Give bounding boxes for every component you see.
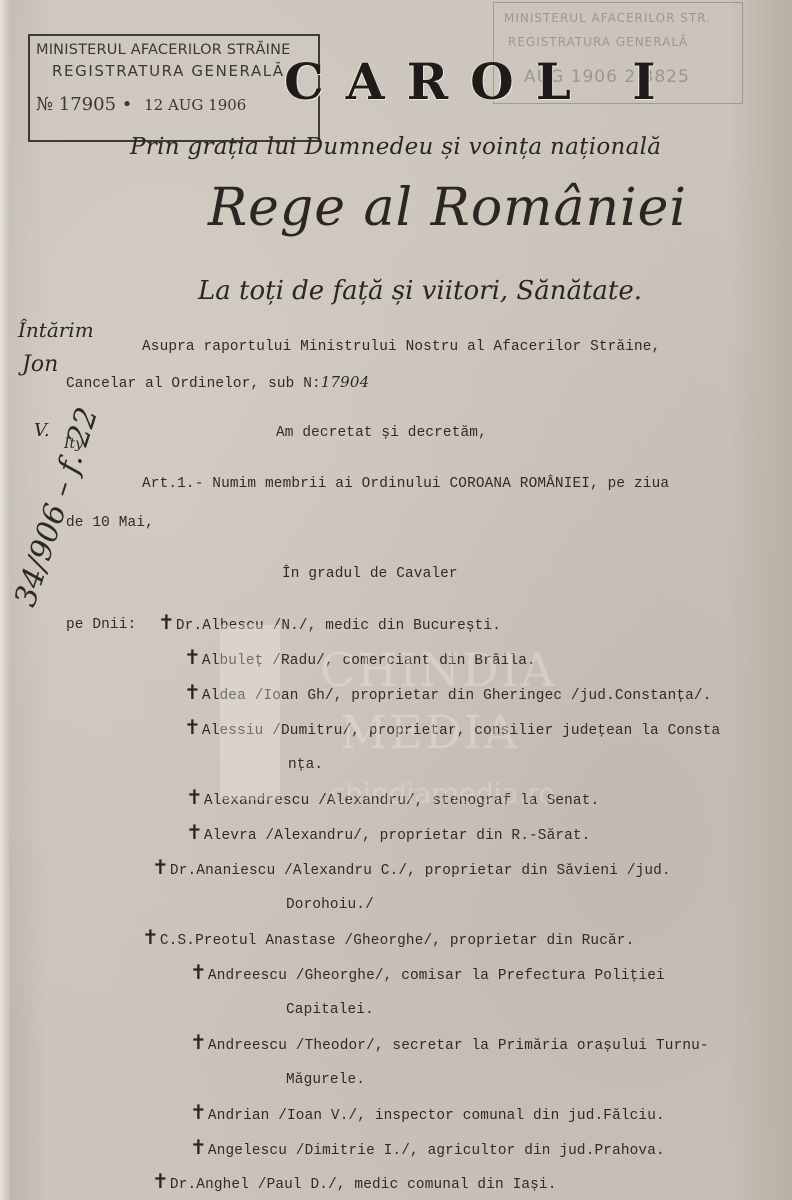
member-text: Andrian /Ioan V./, inspector comunal din… [208,1108,665,1124]
stamp-ministry: MINISTERUL AFACERILOR STRĂINE [36,42,291,58]
member-text: Dr.Albescu /N./, medic din București. [176,618,501,634]
cross-check-icon: ✝ [190,1107,207,1117]
decree-line: Am decretat și decretăm, [276,425,487,441]
member-text: Dr.Ananiescu /Alexandru C./, proprietar … [170,863,671,879]
member-item: ✝Alevra /Alexandru/, proprietar din R.-S… [186,827,591,844]
cross-check-icon: ✝ [186,792,203,802]
member-item: ✝Andreescu /Theodor/, secretar la Primăr… [190,1037,709,1054]
member-text: Alevra /Alexandru/, proprietar din R.-Să… [204,828,591,844]
member-item: ✝C.S.Preotul Anastase /Gheorghe/, propri… [142,932,634,949]
document-title: CAROL I [284,52,678,111]
stamp-number-date: № 17905 • 12 AUG 1906 [36,94,246,115]
cross-check-icon: ✝ [184,722,201,732]
margin-note-initial: Jon [22,352,58,377]
cross-check-icon: ✝ [190,1037,207,1047]
preamble-line-1: Asupra raportului Ministrului Nostru al … [142,339,660,355]
cross-check-icon: ✝ [190,1142,207,1152]
member-item: ✝Alessiu /Dumitru/, proprietar, consilie… [184,722,720,739]
registry-stamp: MINISTERUL AFACERILOR STRĂINE REGISTRATU… [28,34,320,142]
member-item: ✝Dr.Albescu /N./, medic din București. [158,617,501,634]
stamp-registry: REGISTRATURA GENERALĂ [52,62,285,80]
member-text: Albuleț /Radu/, comerciant din Brăila. [202,653,536,669]
cross-check-icon: ✝ [184,652,201,662]
king-of-romania: Rege al României [208,178,687,238]
list-intro: pe Dnii: [66,617,136,633]
stamp-date: 12 AUG 1906 [144,96,246,114]
article-1-line: Art.1.- Numim membrii ai Ordinului COROA… [142,476,669,492]
side-archive-note: 34/906 – f. 22 [8,403,105,611]
cross-check-icon: ✝ [190,967,207,977]
member-item: ✝Albuleț /Radu/, comerciant din Brăila. [184,652,536,669]
member-text: Aldea /Ioan Gh/, proprietar din Gheringe… [202,688,712,704]
member-continuation: Dorohoiu./ [286,897,374,913]
faint-stamp-line1: MINISTERUL AFACERILOR STR. [504,11,711,25]
stamp-number: № 17905 [36,94,116,115]
member-item: ✝Andreescu /Gheorghe/, comisar la Prefec… [190,967,665,984]
article-1-date: de 10 Mai, [66,515,154,531]
margin-note-intarim: Întărim [18,318,94,342]
member-item: ✝Dr.Ananiescu /Alexandru C./, proprietar… [152,862,671,879]
member-text: Dr.Anghel /Paul D./, medic comunal din I… [170,1177,557,1193]
cross-check-icon: ✝ [152,862,169,872]
member-text: Alessiu /Dumitru/, proprietar, consilier… [202,723,720,739]
cross-check-icon: ✝ [152,1176,169,1186]
member-text: Alexandrescu /Alexandru/, stenograf la S… [204,793,599,809]
preamble-line-2: Cancelar al Ordinelor, sub N:17904 [66,373,369,392]
preamble-text: Cancelar al Ordinelor, sub N: [66,376,321,392]
stamp-bullet: • [122,94,138,115]
member-item: ✝Angelescu /Dimitrie I./, agricultor din… [190,1142,665,1159]
cross-check-icon: ✝ [184,687,201,697]
member-item: ✝Alexandrescu /Alexandru/, stenograf la … [186,792,599,809]
greeting-line: La toți de față și viitori, Sănătate. [198,276,642,306]
margin-note-v: V. [34,420,50,441]
member-text: Andreescu /Gheorghe/, comisar la Prefect… [208,968,665,984]
member-continuation: nța. [288,757,323,773]
document-page: MINISTERUL AFACERILOR STR. REGISTRATURA … [0,0,792,1200]
member-item: ✝Aldea /Ioan Gh/, proprietar din Ghering… [184,687,712,704]
member-continuation: Capitalei. [286,1002,374,1018]
cross-check-icon: ✝ [142,932,159,942]
member-text: Angelescu /Dimitrie I./, agricultor din … [208,1143,665,1159]
report-number: 17904 [321,373,369,391]
member-text: C.S.Preotul Anastase /Gheorghe/, proprie… [160,933,634,949]
member-continuation: Măgurele. [286,1072,365,1088]
member-item: ✝Dr.Anghel /Paul D./, medic comunal din … [152,1176,557,1193]
faint-stamp-line2: REGISTRATURA GENERALĂ [508,35,688,49]
cross-check-icon: ✝ [186,827,203,837]
grade-heading: În gradul de Cavaler [282,566,458,582]
by-grace-line: Prin grația lui Dumnedeu și voința națio… [130,134,661,160]
cross-check-icon: ✝ [158,617,175,627]
member-text: Andreescu /Theodor/, secretar la Primări… [208,1038,709,1054]
member-item: ✝Andrian /Ioan V./, inspector comunal di… [190,1107,665,1124]
